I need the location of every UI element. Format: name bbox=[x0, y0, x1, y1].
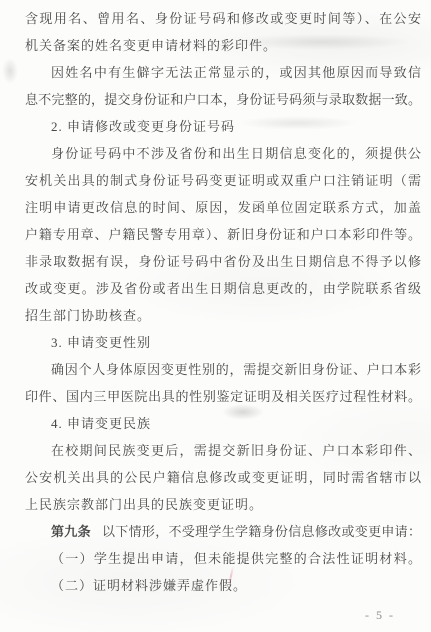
document-body: 含现用名、曾用名、身份证号码和修改或变更时间等）、在公安 机关备案的姓名变更申请… bbox=[25, 5, 421, 599]
text-line: 确因个人身体原因变更性别的，需提交新旧身份证、户口本彩 bbox=[25, 356, 421, 383]
text-line: 改或变更。涉及省份或者出生日期信息更改的，由学院联系省级 bbox=[25, 275, 421, 302]
text-line: 含现用名、曾用名、身份证号码和修改或变更时间等）、在公安 bbox=[25, 5, 421, 32]
section-heading-4: 4. 申请变更民族 bbox=[25, 410, 421, 437]
article-9-label: 第九条 bbox=[51, 524, 91, 539]
text-line: 机关备案的姓名变更申请材料的彩印件。 bbox=[25, 32, 421, 59]
text-line: 上民族宗教部门出具的民族变更证明。 bbox=[25, 491, 421, 518]
section-heading-3: 3. 申请变更性别 bbox=[25, 329, 421, 356]
section-heading-2: 2. 申请修改或变更身份证号码 bbox=[25, 113, 421, 140]
text-line: 印件、国内三甲医院出具的性别鉴定证明及相关医疗过程性材料。 bbox=[25, 383, 421, 410]
article-9-line: 第九条以下情形，不受理学生学籍身份信息修改或变更申请： bbox=[25, 518, 421, 545]
text-line: 在校期间民族变更后，需提交新旧身份证、户口本彩印件、 bbox=[25, 437, 421, 464]
text-line: 户籍专用章、户籍民警专用章）、新旧身份证和户口本彩印件等。 bbox=[25, 221, 421, 248]
page-number: - 5 - bbox=[365, 608, 395, 623]
text-line: 安机关出具的制式身份证号码变更证明或双重户口注销证明（需 bbox=[25, 167, 421, 194]
text-line: 非录取数据有误，身份证号码中省份及出生日期信息不得予以修 bbox=[25, 248, 421, 275]
text-line: 公安机关出具的公民户籍信息修改或变更证明，同时需省辖市以 bbox=[25, 464, 421, 491]
text-line: 身份证号码中不涉及省份和出生日期信息变化的，须提供公 bbox=[25, 140, 421, 167]
text-line: 注明申请更改信息的时间、原因，发函单位固定联系方式，加盖 bbox=[25, 194, 421, 221]
text-line: 息不完整的，提交身份证和户口本，身份证号码须与录取数据一致。 bbox=[25, 86, 421, 113]
article-9-text: 以下情形，不受理学生学籍身份信息修改或变更申请： bbox=[102, 524, 421, 539]
text-line: 因姓名中有生僻字无法正常显示的，或因其他原因而导致信 bbox=[25, 59, 421, 86]
text-line: 招生部门协助核查。 bbox=[25, 302, 421, 329]
scan-smudge bbox=[2, 58, 18, 84]
scanned-document-page: 含现用名、曾用名、身份证号码和修改或变更时间等）、在公安 机关备案的姓名变更申请… bbox=[0, 0, 431, 632]
list-item-2: （二）证明材料涉嫌弄虚作假。 bbox=[25, 572, 421, 599]
list-item-1: （一）学生提出申请，但未能提供完整的合法性证明材料。 bbox=[25, 545, 421, 572]
